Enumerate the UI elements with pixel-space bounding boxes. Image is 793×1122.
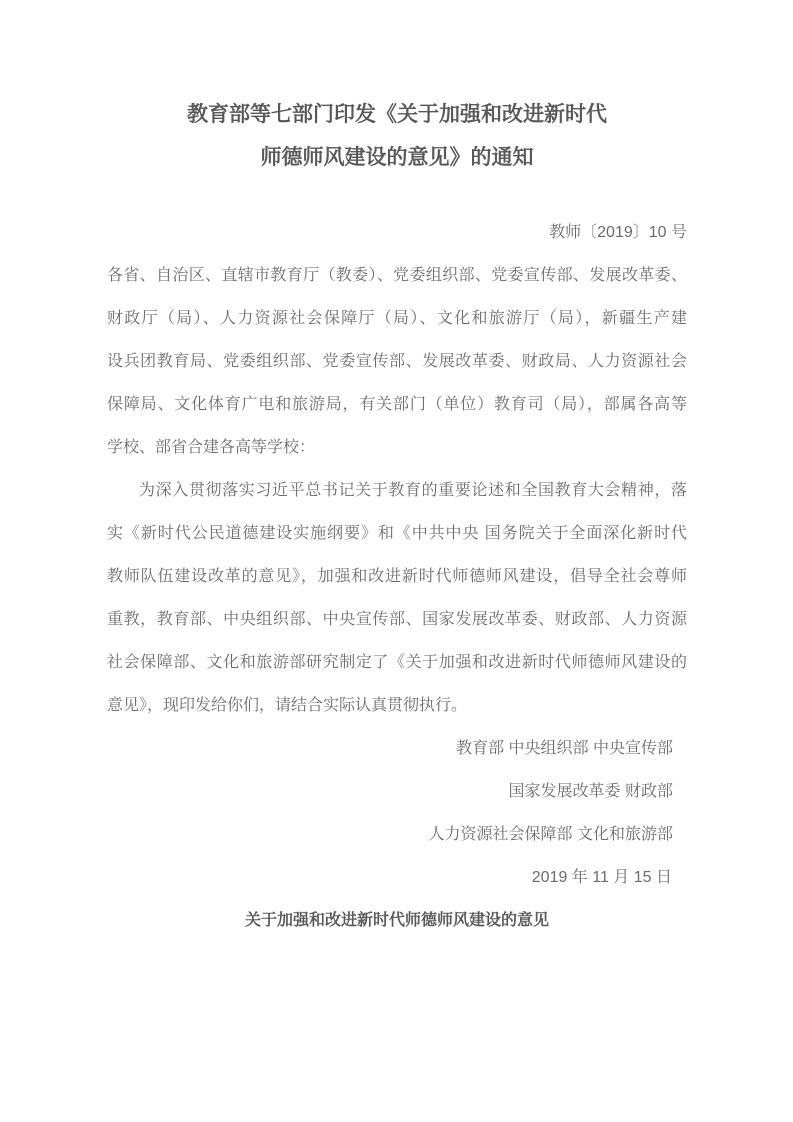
document-date: 2019 年 11 月 15 日 xyxy=(107,856,687,899)
document-number: 教师〔2019〕10 号 xyxy=(107,211,687,254)
recipients-line: 各省、自治区、直辖市教育厅（教委）、党委组织部、党委宣传部、发展改革委、 xyxy=(107,254,687,297)
recipients-line: 财政厅（局）、人力资源社会保障厅（局）、文化和旅游厅（局），新疆生产建 xyxy=(107,297,687,340)
body-line: 为深入贯彻落实习近平总书记关于教育的重要论述和全国教育大会精神，落 xyxy=(107,469,687,512)
document-title-line-1: 教育部等七部门印发《关于加强和改进新时代 xyxy=(107,93,687,136)
document-title: 教育部等七部门印发《关于加强和改进新时代 师德师风建设的意见》的通知 xyxy=(107,93,687,179)
body-paragraph: 为深入贯彻落实习近平总书记关于教育的重要论述和全国教育大会精神，落 实《新时代公… xyxy=(107,469,687,727)
signature-line: 人力资源社会保障部 文化和旅游部 xyxy=(107,813,687,856)
recipients-line: 设兵团教育局、党委组织部、党委宣传部、发展改革委、财政局、人力资源社会 xyxy=(107,340,687,383)
body-line: 社会保障部、文化和旅游部研究制定了《关于加强和改进新时代师德师风建设的 xyxy=(107,641,687,684)
signature-line: 教育部 中央组织部 中央宣传部 xyxy=(107,727,687,770)
signature-line: 国家发展改革委 财政部 xyxy=(107,770,687,813)
body-line: 意见》，现印发给你们，请结合实际认真贯彻执行。 xyxy=(107,684,687,727)
recipients-line: 保障局、文化体育广电和旅游局，有关部门（单位）教育司（局），部属各高等 xyxy=(107,383,687,426)
body-line: 实《新时代公民道德建设实施纲要》和《中共中央 国务院关于全面深化新时代 xyxy=(107,512,687,555)
document-page: 教育部等七部门印发《关于加强和改进新时代 师德师风建设的意见》的通知 教师〔20… xyxy=(0,0,793,1122)
document-title-line-2: 师德师风建设的意见》的通知 xyxy=(107,136,687,179)
attachment-title: 关于加强和改进新时代师德师风建设的意见 xyxy=(107,899,687,942)
body-line: 重教，教育部、中央组织部、中央宣传部、国家发展改革委、财政部、人力资源 xyxy=(107,598,687,641)
body-line: 教师队伍建设改革的意见》，加强和改进新时代师德师风建设，倡导全社会尊师 xyxy=(107,555,687,598)
signature-block: 教育部 中央组织部 中央宣传部 国家发展改革委 财政部 人力资源社会保障部 文化… xyxy=(107,727,687,899)
recipients-paragraph: 各省、自治区、直辖市教育厅（教委）、党委组织部、党委宣传部、发展改革委、 财政厅… xyxy=(107,254,687,469)
recipients-line: 学校、部省合建各高等学校： xyxy=(107,426,687,469)
